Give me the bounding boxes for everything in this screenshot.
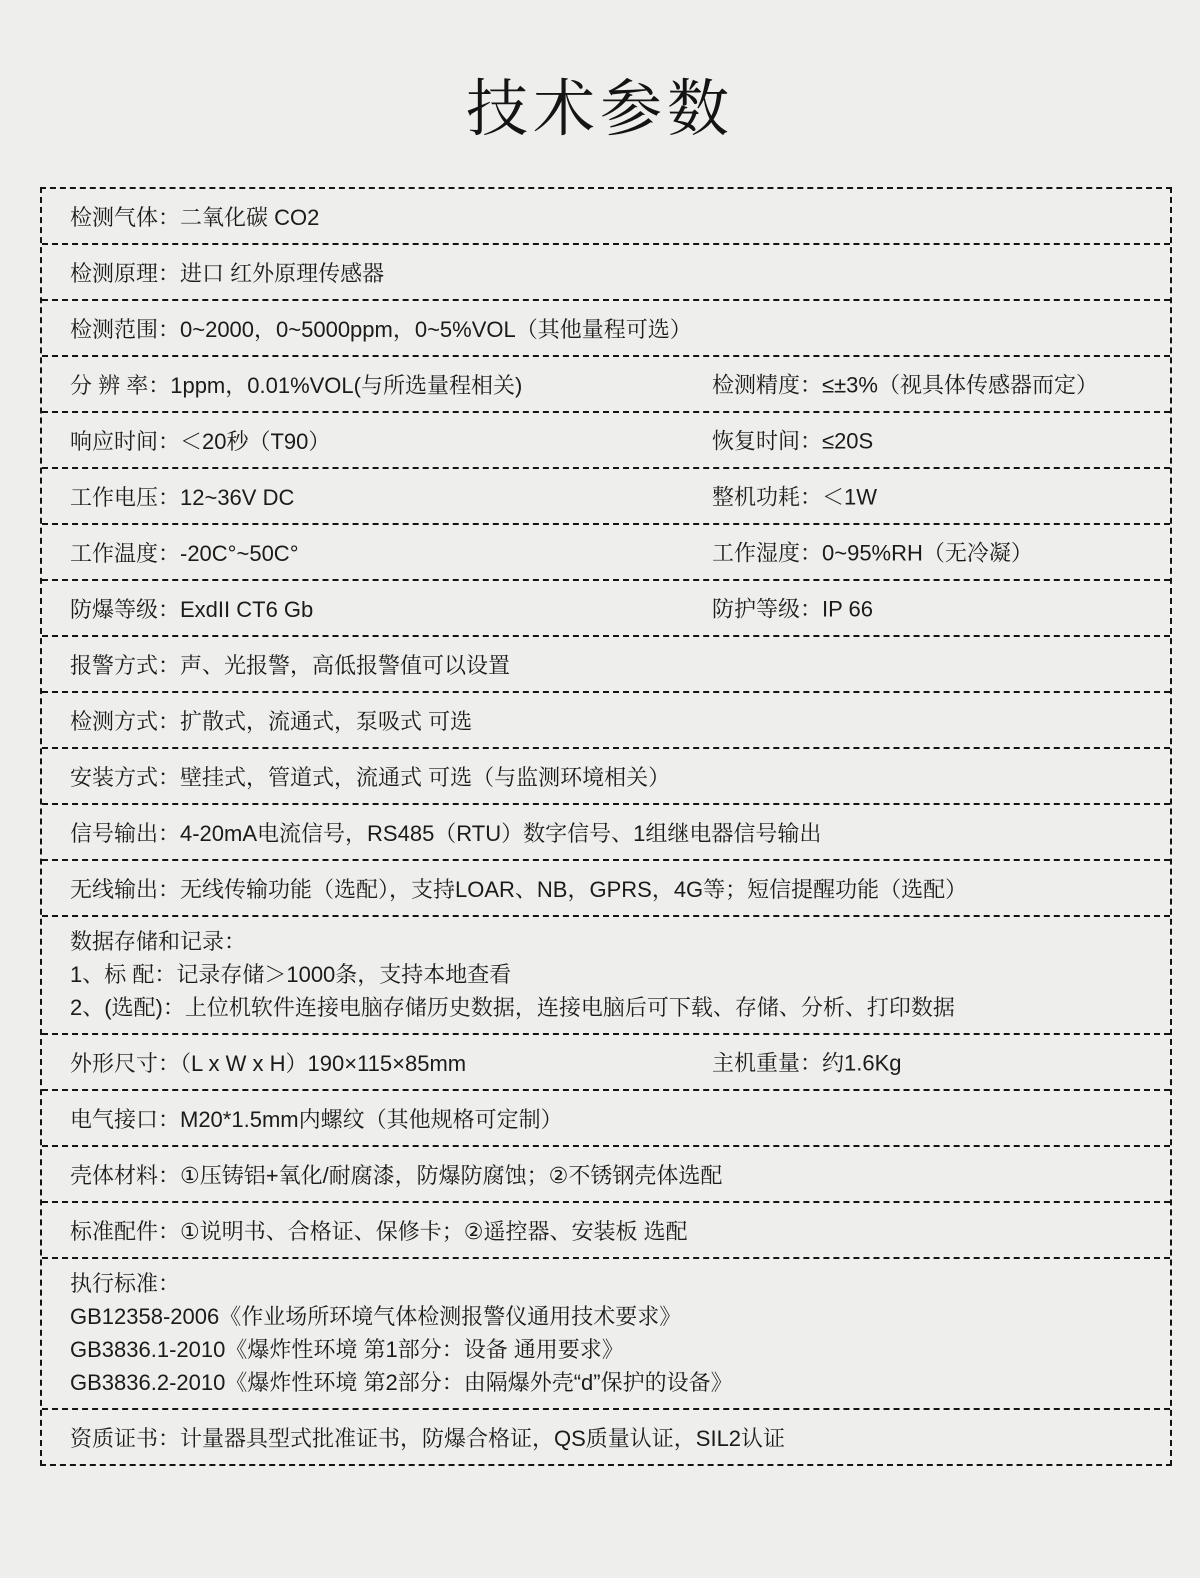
row-cell-left: 检测方式：扩散式，流通式，泵吸式 可选	[42, 705, 472, 736]
table-row: 执行标准：GB12358-2006《作业场所环境气体检测报警仪通用技术要求》GB…	[42, 1257, 1170, 1408]
row-cell-left: 资质证书：计量器具型式批准证书，防爆合格证，QS质量认证，SIL2认证	[42, 1422, 785, 1453]
table-row: 工作电压：12~36V DC整机功耗：＜1W	[42, 467, 1170, 523]
row-cell-left: 电气接口：M20*1.5mm内螺纹（其他规格可定制）	[42, 1103, 563, 1134]
row-cell-left: 无线输出：无线传输功能（选配），支持LOAR、NB，GPRS，4G等；短信提醒功…	[42, 873, 967, 904]
row-cell-left: 防爆等级：ExdII CT6 Gb	[42, 593, 313, 624]
row-cell-left: 检测气体：二氧化碳 CO2	[42, 201, 319, 232]
table-row: 资质证书：计量器具型式批准证书，防爆合格证，QS质量认证，SIL2认证	[42, 1408, 1170, 1464]
table-row: 外形尺寸：（L x W x H）190×115×85mm主机重量：约1.6Kg	[42, 1033, 1170, 1089]
row-cell-left: 工作电压：12~36V DC	[42, 481, 294, 512]
row-cell-left: 安装方式：壁挂式，管道式，流通式 可选（与监测环境相关）	[42, 761, 670, 792]
row-cell-left: 响应时间：＜20秒（T90）	[42, 425, 330, 456]
row-cell-left: 标准配件：①说明书、合格证、保修卡；②遥控器、安装板 选配	[42, 1215, 688, 1246]
row-line: GB12358-2006《作业场所环境气体检测报警仪通用技术要求》	[42, 1300, 1170, 1333]
row-cell-right: 整机功耗：＜1W	[712, 481, 877, 512]
table-row: 壳体材料：①压铸铝+氧化/耐腐漆，防爆防腐蚀；②不锈钢壳体选配	[42, 1145, 1170, 1201]
row-line: 2、(选配)：上位机软件连接电脑存储历史数据，连接电脑后可下载、存储、分析、打印…	[42, 991, 1170, 1024]
row-cell-left: 检测范围：0~2000，0~5000ppm，0~5%VOL（其他量程可选）	[42, 313, 692, 344]
row-line: GB3836.1-2010《爆炸性环境 第1部分：设备 通用要求》	[42, 1333, 1170, 1366]
row-cell-left: 分 辨 率：1ppm，0.01%VOL(与所选量程相关)	[42, 369, 522, 400]
table-row: 信号输出：4-20mA电流信号，RS485（RTU）数字信号、1组继电器信号输出	[42, 803, 1170, 859]
row-cell-left: 外形尺寸：（L x W x H）190×115×85mm	[42, 1047, 466, 1078]
table-row: 工作温度：-20C°~50C°工作湿度：0~95%RH（无冷凝）	[42, 523, 1170, 579]
table-row: 检测原理：进口 红外原理传感器	[42, 243, 1170, 299]
table-row: 响应时间：＜20秒（T90）恢复时间：≤20S	[42, 411, 1170, 467]
table-row: 检测范围：0~2000，0~5000ppm，0~5%VOL（其他量程可选）	[42, 299, 1170, 355]
table-row: 检测气体：二氧化碳 CO2	[42, 189, 1170, 243]
spec-table: 检测气体：二氧化碳 CO2检测原理：进口 红外原理传感器检测范围：0~2000，…	[40, 187, 1172, 1466]
row-line: 1、标 配：记录存储＞1000条，支持本地查看	[42, 958, 1170, 991]
table-row: 检测方式：扩散式，流通式，泵吸式 可选	[42, 691, 1170, 747]
table-row: 防爆等级：ExdII CT6 Gb防护等级：IP 66	[42, 579, 1170, 635]
page-title: 技术参数	[0, 76, 1200, 144]
table-row: 无线输出：无线传输功能（选配），支持LOAR、NB，GPRS，4G等；短信提醒功…	[42, 859, 1170, 915]
row-cell-left: 壳体材料：①压铸铝+氧化/耐腐漆，防爆防腐蚀；②不锈钢壳体选配	[42, 1159, 722, 1190]
row-line: GB3836.2-2010《爆炸性环境 第2部分：由隔爆外壳“d”保护的设备》	[42, 1366, 1170, 1399]
row-cell-right: 主机重量：约1.6Kg	[712, 1047, 902, 1078]
table-row: 标准配件：①说明书、合格证、保修卡；②遥控器、安装板 选配	[42, 1201, 1170, 1257]
row-line: 数据存储和记录：	[42, 925, 1170, 958]
table-row: 分 辨 率：1ppm，0.01%VOL(与所选量程相关)检测精度：≤±3%（视具…	[42, 355, 1170, 411]
row-cell-right: 工作湿度：0~95%RH（无冷凝）	[712, 537, 1033, 568]
row-cell-left: 报警方式：声、光报警，高低报警值可以设置	[42, 649, 510, 680]
row-cell-left: 信号输出：4-20mA电流信号，RS485（RTU）数字信号、1组继电器信号输出	[42, 817, 821, 848]
row-cell-right: 恢复时间：≤20S	[712, 425, 873, 456]
table-row: 报警方式：声、光报警，高低报警值可以设置	[42, 635, 1170, 691]
row-cell-left: 工作温度：-20C°~50C°	[42, 537, 299, 568]
row-cell-left: 检测原理：进口 红外原理传感器	[42, 257, 384, 288]
table-row: 安装方式：壁挂式，管道式，流通式 可选（与监测环境相关）	[42, 747, 1170, 803]
row-cell-right: 检测精度：≤±3%（视具体传感器而定）	[712, 369, 1098, 400]
table-row: 电气接口：M20*1.5mm内螺纹（其他规格可定制）	[42, 1089, 1170, 1145]
row-line: 执行标准：	[42, 1267, 1170, 1300]
row-cell-right: 防护等级：IP 66	[712, 593, 873, 624]
table-row: 数据存储和记录：1、标 配：记录存储＞1000条，支持本地查看2、(选配)：上位…	[42, 915, 1170, 1033]
